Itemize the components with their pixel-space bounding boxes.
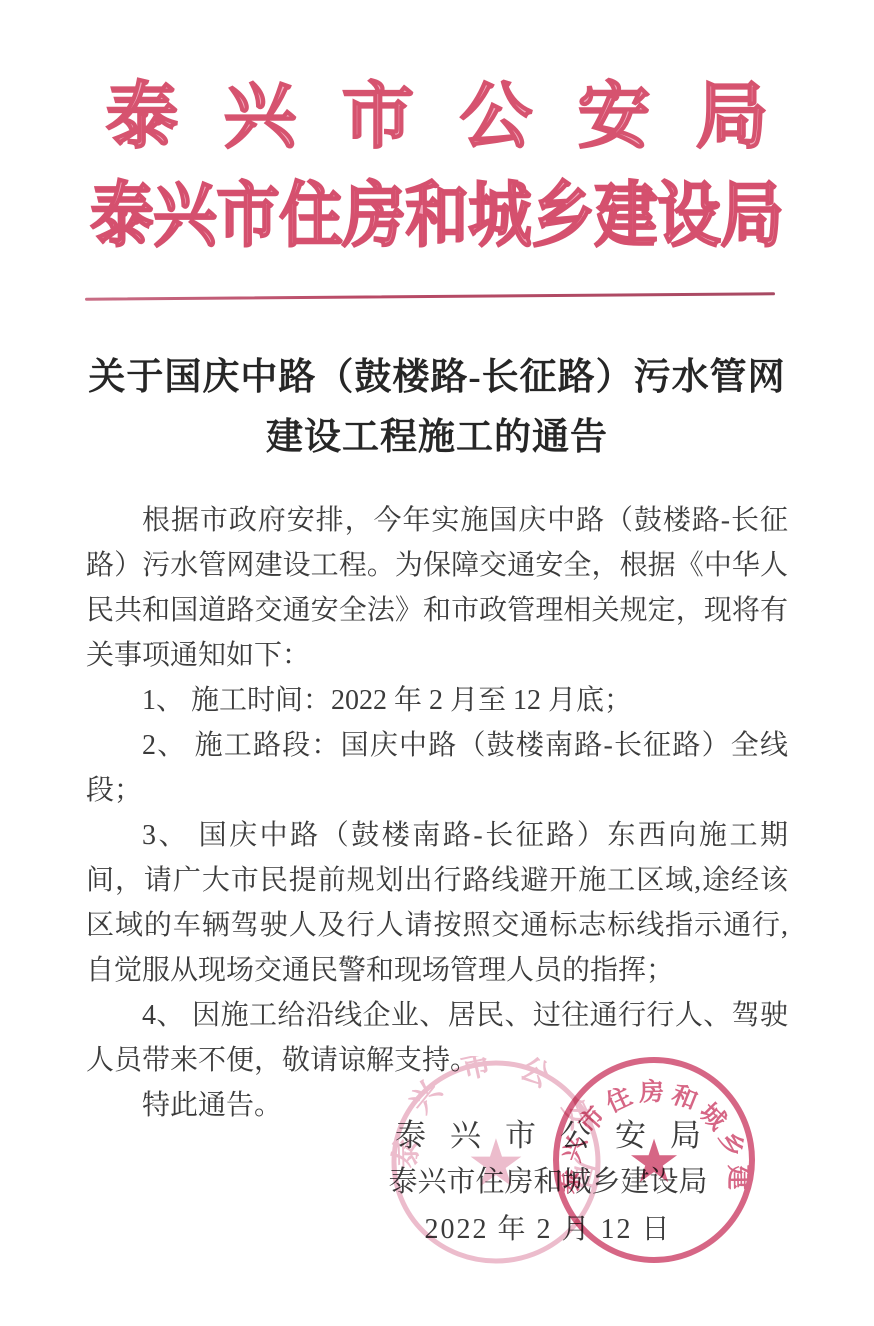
signature-date: 2022 年 2 月 12 日 [378, 1206, 718, 1253]
letterhead-org-police-text: 泰兴市公安局 [106, 72, 814, 162]
paragraph-item-3: 3、 国庆中路（鼓楼南路-长征路）东西向施工期间，请广大市民提前规划出行路线避开… [86, 813, 788, 993]
red-divider-rule [85, 292, 775, 300]
notice-title-line2: 建设工程施工的通告 [60, 408, 814, 468]
signature-block: 泰兴市公安局 泰兴市住房和城乡建设局 2022 年 2 月 12 日 [378, 1112, 718, 1253]
paragraph-item-4: 4、 因施工给沿线企业、居民、过往通行行人、驾驶人员带来不便，敬请谅解支持。 [86, 993, 788, 1083]
scanned-notice-page: 泰兴市公安局 泰兴市住房和城乡建设局 关于国庆中路（鼓楼路-长征路）污水管网 建… [0, 0, 874, 1326]
paragraph-item-1: 1、 施工时间：2022 年 2 月至 12 月底； [86, 678, 788, 723]
notice-title: 关于国庆中路（鼓楼路-长征路）污水管网 建设工程施工的通告 [60, 348, 814, 468]
paragraph-item-2: 2、 施工路段：国庆中路（鼓楼南路-长征路）全线段； [86, 723, 788, 813]
notice-body: 根据市政府安排，今年实施国庆中路（鼓楼路-长征路）污水管网建设工程。为保障交通安… [86, 498, 788, 1128]
notice-title-line1: 关于国庆中路（鼓楼路-长征路）污水管网 [60, 348, 814, 408]
signature-org-housing: 泰兴市住房和城乡建设局 [378, 1159, 718, 1206]
signature-org-police-text: 泰兴市公安局 [395, 1112, 725, 1159]
letterhead-org-police: 泰兴市公安局 [0, 72, 874, 162]
letterhead-org-housing: 泰兴市住房和城乡建设局 [0, 162, 874, 270]
signature-org-police: 泰兴市公安局 [378, 1112, 718, 1159]
letterhead-org-housing-text: 泰兴市住房和城乡建设局 [91, 177, 784, 255]
paragraph-intro: 根据市政府安排，今年实施国庆中路（鼓楼路-长征路）污水管网建设工程。为保障交通安… [86, 498, 788, 678]
